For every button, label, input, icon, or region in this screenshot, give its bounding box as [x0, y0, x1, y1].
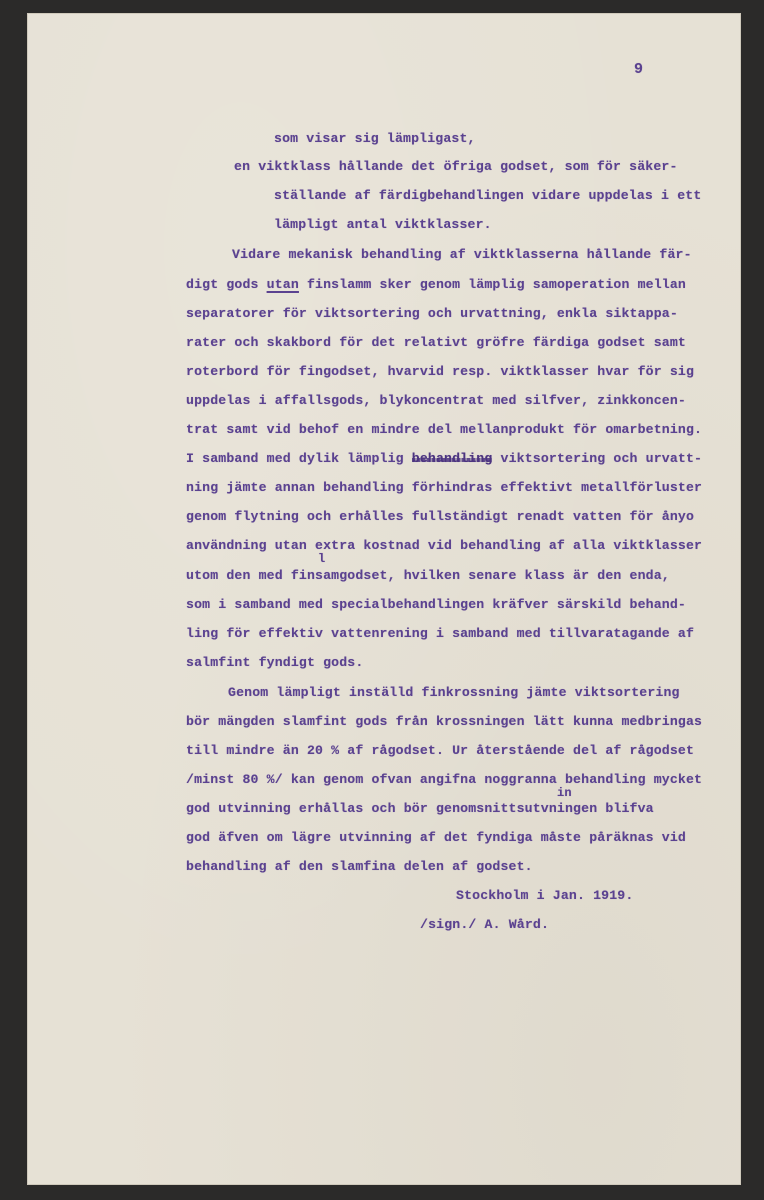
- text-line: som i samband med specialbehandlingen kr…: [186, 598, 686, 611]
- text-line: ling för effektiv vattenrening i samband…: [186, 627, 694, 640]
- text-line: användning utan extra kostnad vid behand…: [186, 539, 702, 552]
- text-line: god äfven om lägre utvinning af det fynd…: [186, 831, 686, 844]
- page-number: 9: [634, 62, 643, 77]
- text-line: en viktklass hållande det öfriga godset,…: [234, 160, 678, 173]
- text-line: till mindre än 20 % af rågodset. Ur åter…: [186, 744, 694, 757]
- text-line: I samband med dylik lämplig behandling v…: [186, 452, 702, 465]
- signature: /sign./ A. Wård.: [420, 918, 549, 931]
- text-fragment: viktsortering och urvatt-: [492, 451, 702, 466]
- text-line: god utvinning erhållas och bör genomsnit…: [186, 802, 654, 815]
- text-line: separatorer för viktsortering och urvatt…: [186, 307, 678, 320]
- text-line: utom den med finsamgodset, hvilken senar…: [186, 569, 670, 582]
- text-line: Genom lämpligt inställd finkrossning jäm…: [228, 686, 680, 699]
- text-fragment: finslamm sker genom lämplig samoperation…: [299, 277, 686, 292]
- text-line: behandling af den slamfina delen af gods…: [186, 860, 533, 873]
- text-line: lämpligt antal viktklasser.: [274, 218, 492, 231]
- underlined-word: utan: [267, 277, 299, 292]
- document-page: 9 som visar sig lämpligast, en viktklass…: [27, 13, 741, 1185]
- text-line: digt gods utan finslamm sker genom lämpl…: [186, 278, 686, 291]
- text-line: ställande af färdigbehandlingen vidare u…: [274, 189, 701, 202]
- text-line: Vidare mekanisk behandling af viktklasse…: [232, 248, 692, 261]
- text-line: rater och skakbord för det relativt gröf…: [186, 336, 686, 349]
- text-line: uppdelas i affallsgods, blykoncentrat me…: [186, 394, 686, 407]
- text-fragment: digt gods: [186, 277, 267, 292]
- text-line: roterbord för fingodset, hvarvid resp. v…: [186, 365, 694, 378]
- text-line: ning jämte annan behandling förhindras e…: [186, 481, 702, 494]
- text-line: /minst 80 %/ kan genom ofvan angifna nog…: [186, 773, 702, 786]
- text-line: genom flytning och erhålles fullständigt…: [186, 510, 694, 523]
- struck-word: behandling: [412, 452, 493, 465]
- text-line: som visar sig lämpligast,: [274, 132, 476, 145]
- superscript-insertion: l: [318, 553, 325, 565]
- text-line: bör mängden slamfint gods från krossning…: [186, 715, 702, 728]
- place-date: Stockholm i Jan. 1919.: [456, 889, 633, 902]
- text-line: trat samt vid behof en mindre del mellan…: [186, 423, 702, 436]
- superscript-insertion: in: [557, 787, 572, 799]
- text-line: salmfint fyndigt gods.: [186, 656, 363, 669]
- text-fragment: I samband med dylik lämplig: [186, 451, 412, 466]
